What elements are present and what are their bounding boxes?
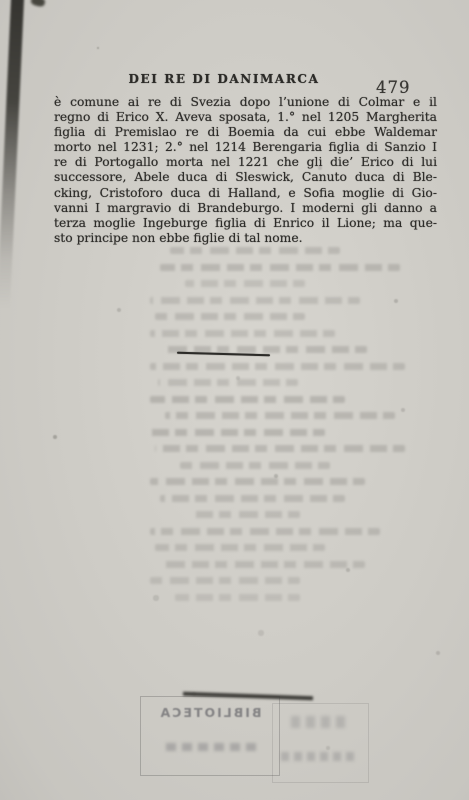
text-line: regno di Erico X. Aveva sposata, 1.° nel… — [54, 110, 437, 125]
body-paragraph: è comune ai re di Svezia dopo l’unione d… — [54, 95, 437, 246]
bleedthrough-text-block — [150, 247, 442, 610]
bleedthrough-line — [150, 429, 325, 436]
bleedthrough-line — [150, 297, 360, 304]
text-line: figlia di Premislao re di Boemia da cui … — [54, 125, 437, 140]
text-line: sto principe non ebbe figlie di tal nome… — [54, 231, 437, 246]
bleedthrough-line — [185, 280, 305, 287]
bleedthrough-line — [150, 330, 335, 337]
text-line: successore, Abele duca di Sleswick, Canu… — [54, 170, 437, 185]
bleedthrough-line — [150, 396, 345, 403]
text-line: terza moglie Ingeburge figlia di Enrico … — [54, 216, 437, 231]
text-line: morto nel 1231; 2.° nel 1214 Berengaria … — [54, 140, 437, 155]
paper-speckles — [97, 47, 99, 49]
running-header: DEI RE DI DANIMARCA — [54, 72, 394, 86]
secondary-stamp-bleedthrough — [272, 703, 369, 783]
library-stamp-bleedthrough: BIBLIOTECA — [140, 696, 280, 776]
bleedthrough-line — [160, 495, 345, 502]
stamp-illegible-row — [281, 752, 357, 761]
text-line: è comune ai re di Svezia dopo l’unione d… — [54, 95, 437, 110]
text-line: vanni I margravio di Brandeburgo. I mode… — [54, 201, 437, 216]
bleedthrough-line — [155, 445, 405, 452]
text-line: re di Portogallo morta nel 1221 che gli … — [54, 155, 437, 170]
bleedthrough-line — [150, 478, 365, 485]
binding-shadow — [0, 0, 25, 308]
bleedthrough-line — [165, 412, 395, 419]
bleedthrough-line — [175, 594, 300, 601]
scanned-page: DEI RE DI DANIMARCA 479 è comune ai re d… — [0, 0, 469, 800]
binding-ink-blob — [30, 0, 46, 8]
text-line: cking, Cristoforo duca di Halland, e Sof… — [54, 186, 437, 201]
bleedthrough-line — [155, 544, 325, 551]
stamp-illegible-row — [291, 716, 346, 728]
bleedthrough-line — [150, 363, 405, 370]
bleedthrough-line — [150, 577, 300, 584]
bleedthrough-line — [155, 313, 305, 320]
stamp-illegible-row — [166, 743, 256, 751]
stamp-top-smudge — [183, 692, 313, 701]
bleedthrough-line — [150, 528, 380, 535]
bleedthrough-line — [180, 462, 330, 469]
bleedthrough-line — [190, 511, 300, 518]
bleedthrough-line — [158, 379, 298, 386]
bleedthrough-line — [160, 264, 400, 271]
bleedthrough-line — [170, 247, 340, 254]
stamp-text-mirrored: BIBLIOTECA — [141, 705, 279, 720]
bleedthrough-line — [165, 561, 365, 568]
